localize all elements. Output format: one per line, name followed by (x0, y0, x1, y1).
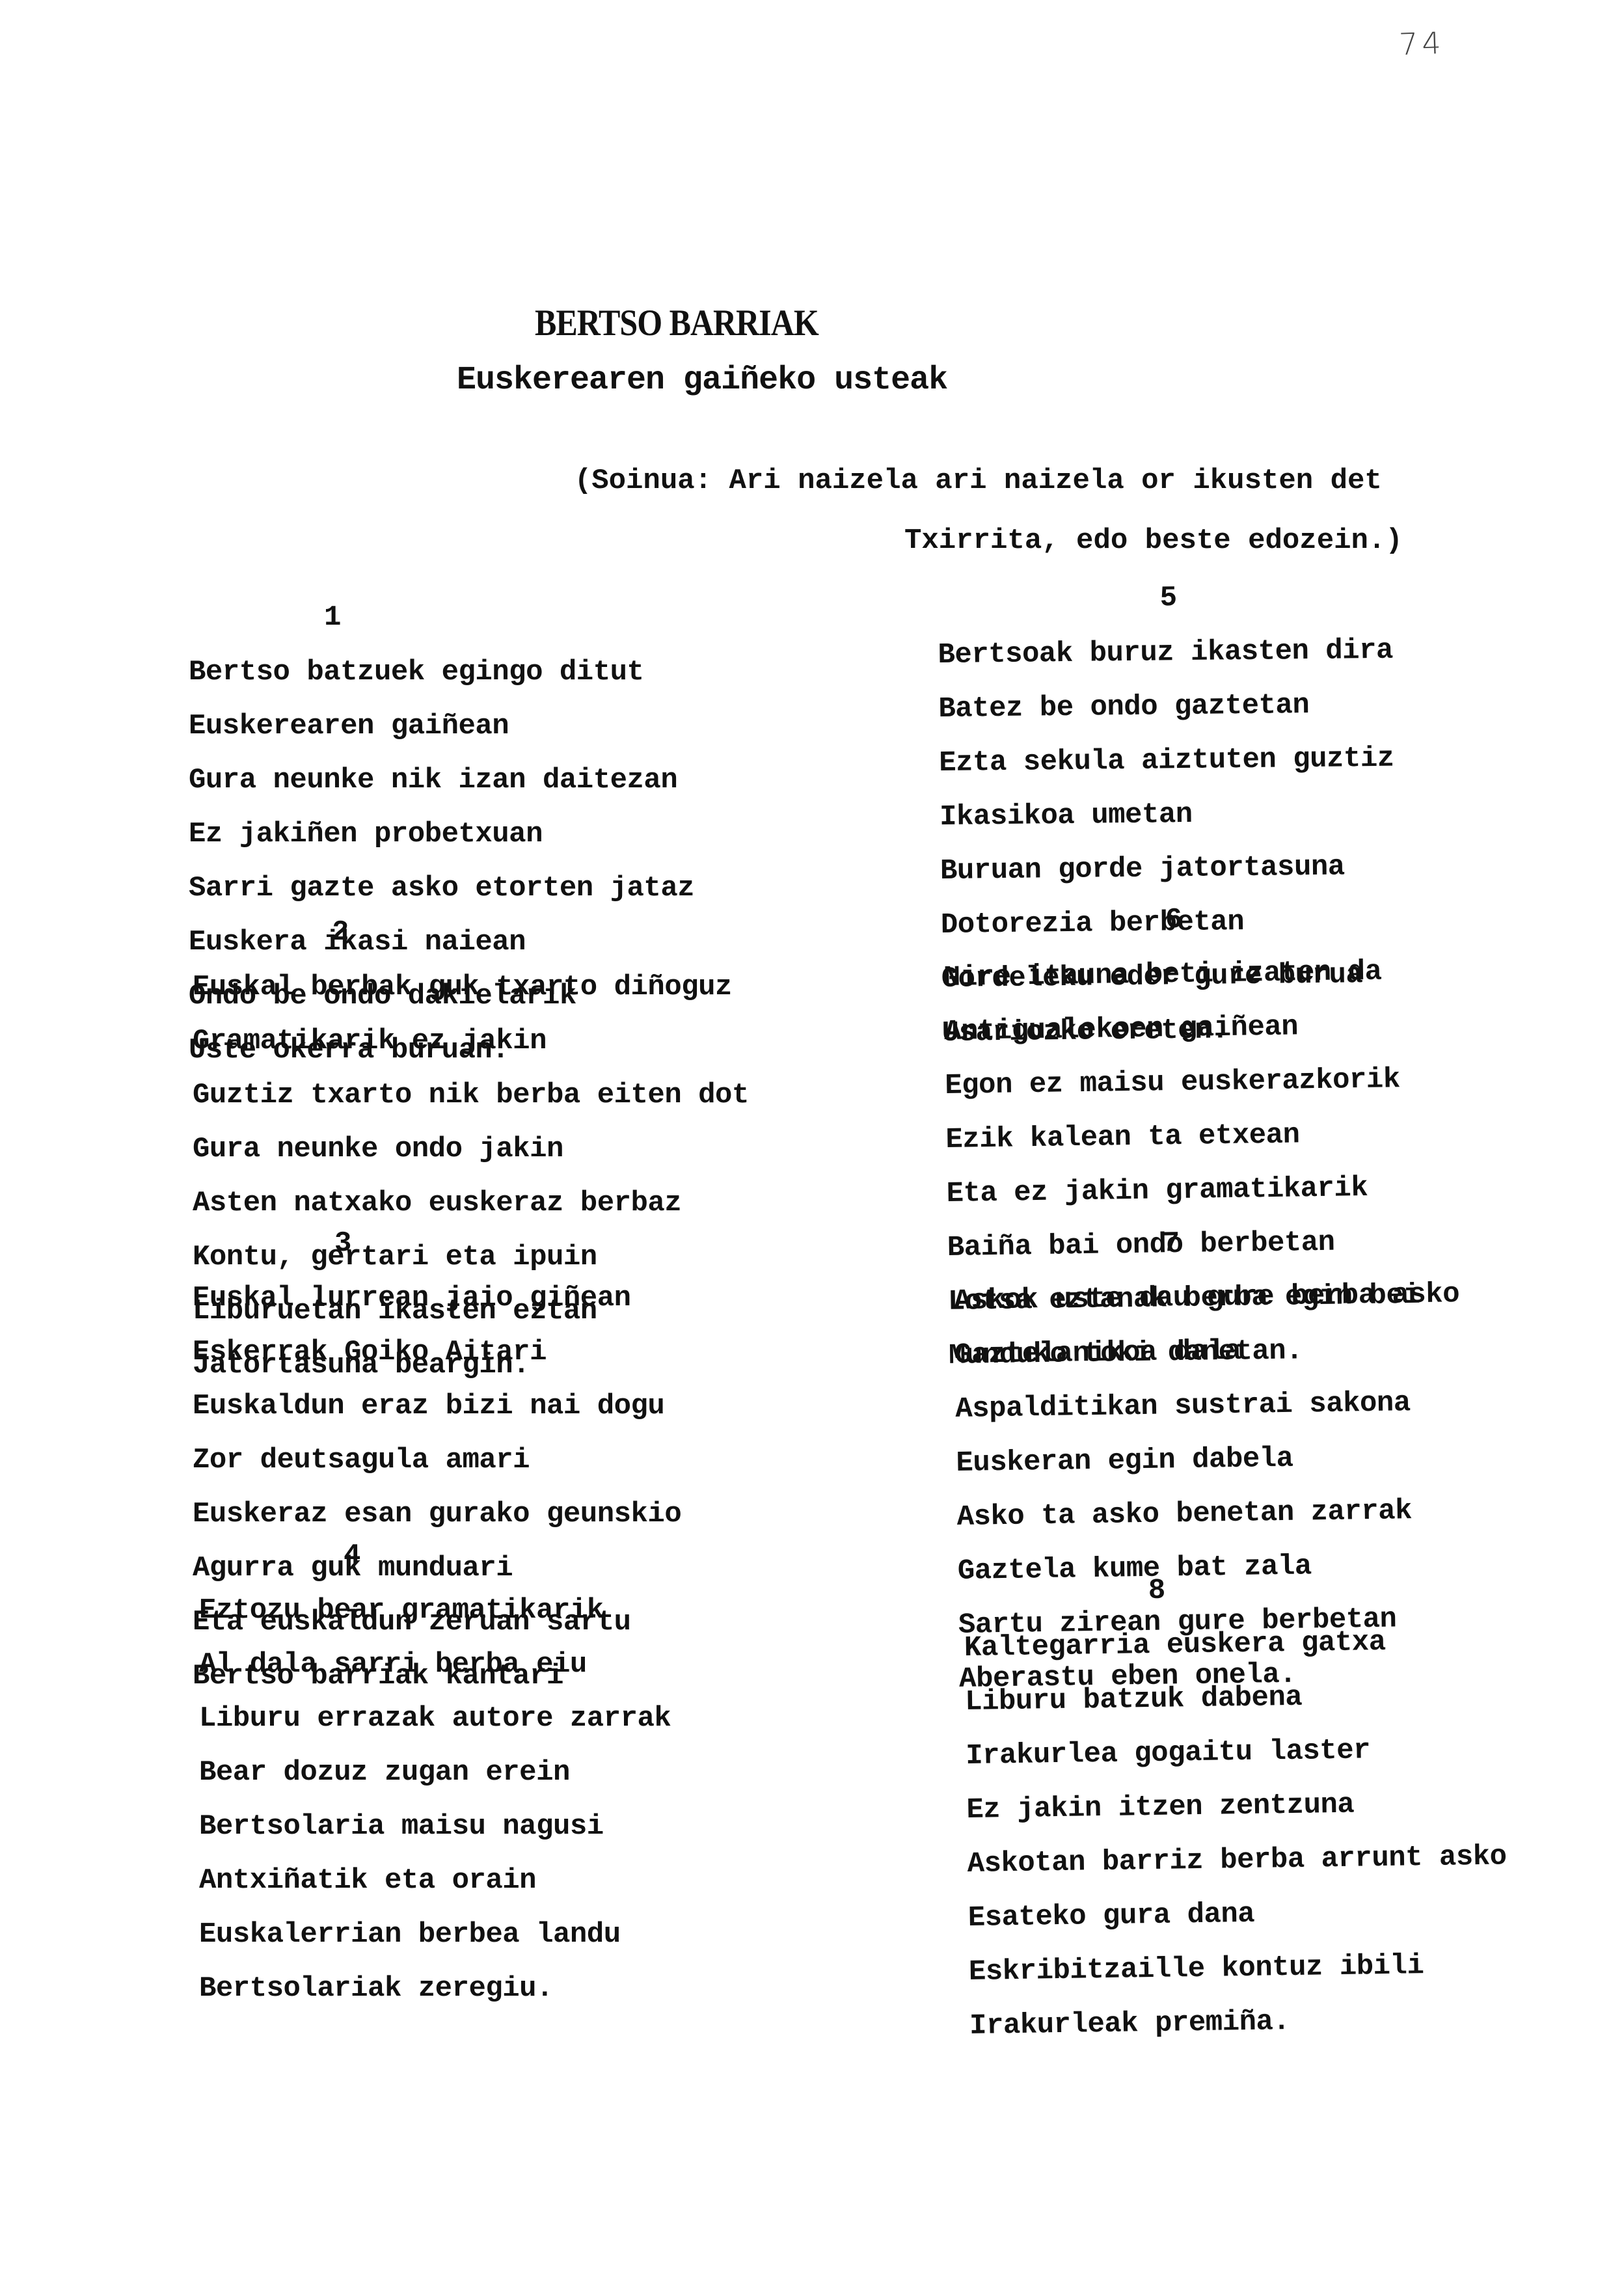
verse-line: Ez jakin itzen zentzuna (966, 1787, 1506, 1826)
verse-line: Ikasikoa umetan (940, 798, 1395, 833)
document-subtitle: Euskerearen gaiñeko usteak (457, 362, 947, 399)
stanza: 4 Eztozu bear gramatikarik Al dala sarri… (199, 1516, 671, 2028)
verse-line: Guztiz txarto nik berba eiten dot (193, 1080, 749, 1111)
verse-line: Al dala sarri berba eiu (199, 1650, 671, 1680)
verse-line: Gura neunke nik izan daitezan (189, 765, 694, 796)
tune-note-line-2: Txirrita, edo beste edozein.) (540, 526, 1403, 556)
document-title: BERTSO BARRIAK (535, 301, 819, 344)
verse-line: Liburu errazak autore zarrak (199, 1704, 671, 1734)
verse-line: Asko ta asko benetan zarrak (956, 1495, 1463, 1533)
verse-line: Bertsolaria maisu nagusi (199, 1812, 671, 1842)
verse-line: Irakurleak premiña. (969, 2004, 1509, 2042)
verse-line: Ezta sekula aiztuten guztiz (939, 744, 1394, 779)
verse-line: Eskerrak Goiko Aitari (193, 1337, 681, 1368)
verse-line: Antxiñatik eta orain (199, 1866, 671, 1896)
verse-line: Liburu batzuk dabena (965, 1679, 1505, 1718)
stanza-number: 2 (193, 916, 749, 949)
verse-line: Bertsolariak zeregiu. (199, 1974, 671, 2004)
verse-line: Zor deutsagula amari (193, 1445, 681, 1476)
verse-line: Bertsoak buruz ikasten dira (938, 636, 1393, 671)
verse-line: Euskeran egin dabela (956, 1441, 1462, 1479)
stanza-number: 6 (943, 901, 1415, 940)
verse-line: Antigualekoen gaiñean (944, 1011, 1416, 1048)
handwritten-page-number: 74 (1398, 25, 1445, 62)
verse-line: Gramatikarik ez jakin (193, 1026, 749, 1057)
stanza-number: 5 (937, 580, 1392, 617)
verse-line: Euskaldun eraz bizi nai dogu (193, 1391, 681, 1422)
verse-line: Gura neunke ondo jakin (193, 1134, 749, 1165)
stanza-number: 4 (199, 1540, 671, 1572)
verse-line: Kaltegarria euskera gatxa (964, 1625, 1504, 1664)
verse-line: Nire itauna beti izaten da (943, 957, 1416, 994)
stanza-number: 7 (953, 1223, 1459, 1263)
verse-line: Egon ez maisu euskerazkorik (945, 1065, 1417, 1102)
stanza: 8 Kaltegarria euskera gatxa Liburu batzu… (963, 1546, 1509, 2065)
verse-line: Euskal lurrean jaio giñean (193, 1283, 681, 1314)
stanza-number: 1 (189, 601, 694, 634)
verse-line: Bear dozuz zugan erein (199, 1758, 671, 1788)
verse-line: Askok uste dau gure berba asko (954, 1279, 1460, 1317)
verse-line: Gaztelanikoa dala (954, 1333, 1461, 1371)
stanza-number: 8 (964, 1569, 1504, 1610)
verse-line: Askotan barriz berba arrunt asko (967, 1841, 1507, 1880)
verse-line: Eztozu bear gramatikarik (199, 1596, 671, 1626)
verse-line: Ez jakiñen probetxuan (189, 819, 694, 850)
verse-line: Esateko gura dana (968, 1895, 1508, 1934)
stanza-number: 3 (193, 1227, 681, 1260)
verse-line: Ezik kalean ta etxean (945, 1119, 1418, 1156)
verse-line: Irakurlea gogaitu laster (966, 1733, 1506, 1772)
verse-line: Euskalerrian berbea landu (199, 1920, 671, 1950)
tune-note-line-1: (Soinua: Ari naizela ari naizela or ikus… (575, 465, 1382, 497)
verse-line: Batez be ondo gaztetan (938, 690, 1394, 725)
verse-line: Aspalditikan sustrai sakona (955, 1387, 1461, 1425)
verse-line: Euskal berbak guk txarto diñoguz (193, 972, 749, 1003)
verse-line: Euskerearen gaiñean (189, 711, 694, 742)
verse-line: Eskribitzaille kontuz ibili (969, 1949, 1509, 1988)
verse-line: Bertso batzuek egingo ditut (189, 657, 694, 688)
